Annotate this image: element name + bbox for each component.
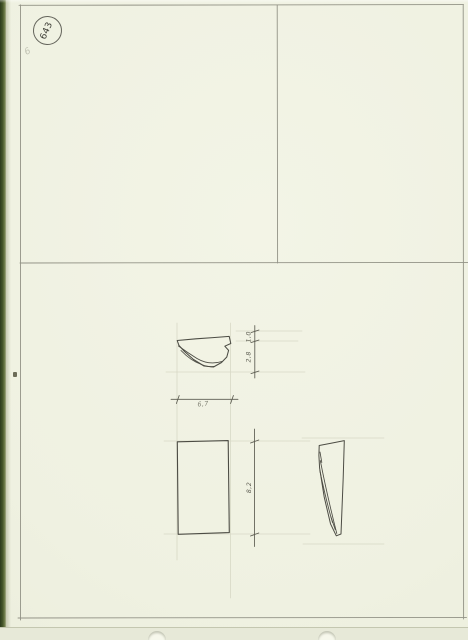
- stamp-number: 643: [39, 20, 55, 41]
- scanned-sketchbook-page: 1,0 2,8 6,7 8,2 643 6: [0, 0, 468, 640]
- frame-top: [19, 5, 464, 6]
- side-view-sketch: [319, 441, 344, 536]
- grid-divider-horizontal: [20, 262, 468, 263]
- dim-label-lower-height: 2,8: [245, 351, 253, 362]
- dim-label-width: 6,7: [197, 400, 209, 409]
- dim-label-upper-height: 1,0: [245, 331, 253, 342]
- pencil-sketch-layer: 1,0 2,8 6,7 8,2: [0, 0, 468, 640]
- fracture-line: [320, 461, 337, 534]
- fracture-line: [320, 471, 333, 523]
- front-view-sketch: [177, 336, 231, 367]
- frame-bottom: [18, 617, 467, 618]
- front-view-outline: [177, 336, 231, 367]
- dim-label-length: 8,2: [245, 482, 253, 493]
- side-view-outline: [319, 441, 344, 536]
- paper-fleck: [13, 372, 17, 377]
- pencil-frame: [18, 5, 468, 620]
- construction-lines: [164, 323, 384, 598]
- bottom-edge-band: [0, 627, 468, 640]
- plan-view-rectangle: [177, 441, 229, 535]
